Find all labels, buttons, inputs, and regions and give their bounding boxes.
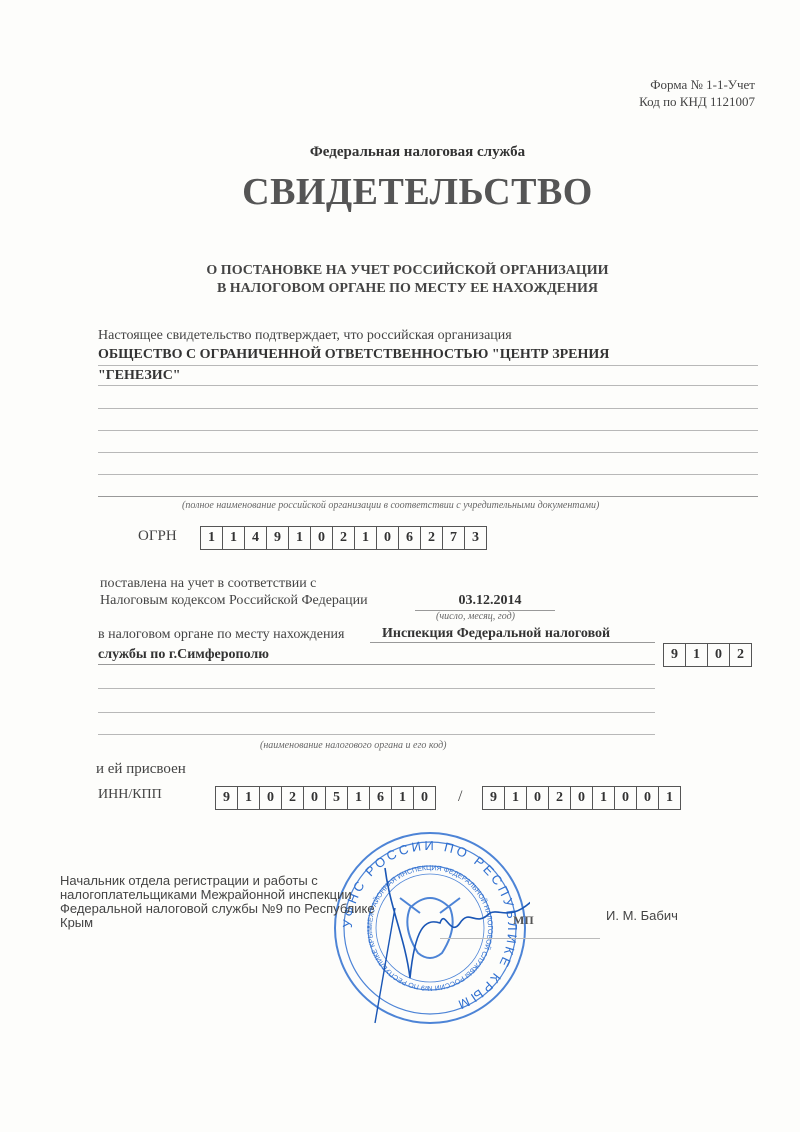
inn-kpp-separator: / [458,788,462,806]
digit-box: 2 [421,527,443,549]
kpp-boxes: 910201001 [482,786,681,810]
ogrn-boxes: 1149102106273 [200,526,487,550]
org-name-caption: (полное наименование российской организа… [182,500,599,511]
document-subtitle: О ПОСТАНОВКЕ НА УЧЕТ РОССИЙСКОЙ ОРГАНИЗА… [0,262,800,298]
authority-code-boxes: 9102 [663,643,752,667]
authority-name-line2: службы по г.Симферополю [98,647,269,663]
form-header: Форма № 1-1-Учет Код по КНД 1121007 [639,76,755,110]
digit-box: 2 [549,787,571,809]
agency-name: Федеральная налоговая служба [0,144,800,161]
field-line [98,474,758,475]
ogrn-label: ОГРН [138,528,177,545]
svg-text:МЕЖРАЙОННАЯ ИНСПЕКЦИЯ ФЕДЕРАЛЬ: МЕЖРАЙОННАЯ ИНСПЕКЦИЯ ФЕДЕРАЛЬНОЙ НАЛОГО… [367,865,493,991]
digit-box: 1 [201,527,223,549]
digit-box: 0 [414,787,435,809]
digit-box: 1 [355,527,377,549]
digit-box: 2 [282,787,304,809]
authority-prefix: в налоговом органе по месту нахождения [98,627,344,643]
digit-box: 6 [370,787,392,809]
digit-box: 9 [267,527,289,549]
digit-box: 1 [593,787,615,809]
signer-position: Начальник отдела регистрации и работы с … [60,874,375,930]
field-line [98,430,758,431]
digit-box: 0 [377,527,399,549]
registration-line2: Налоговым кодексом Российской Федерации [100,593,368,609]
digit-box: 1 [659,787,680,809]
digit-box: 0 [571,787,593,809]
field-line [98,712,655,713]
field-line [98,496,758,497]
digit-box: 0 [311,527,333,549]
assigned-label: и ей присвоен [96,761,186,778]
knd-code: Код по КНД 1121007 [639,93,755,110]
date-caption: (число, месяц, год) [436,611,515,622]
digit-box: 6 [399,527,421,549]
field-line [98,734,655,735]
digit-box: 1 [223,527,245,549]
authority-name-line1: Инспекция Федеральной налоговой [382,626,610,642]
digit-box: 9 [483,787,505,809]
digit-box: 7 [443,527,465,549]
digit-box: 1 [238,787,260,809]
digit-box: 0 [615,787,637,809]
inn-boxes: 9102051610 [215,786,436,810]
authority-line [98,664,655,665]
digit-box: 3 [465,527,486,549]
digit-box: 1 [505,787,527,809]
digit-box: 1 [686,644,708,666]
registration-line1: поставлена на учет в соответствии с [100,576,316,592]
digit-box: 4 [245,527,267,549]
field-line [98,365,758,366]
document-title: СВИДЕТЕЛЬСТВО [0,170,800,214]
field-line [98,408,758,409]
digit-box: 2 [730,644,751,666]
field-line [98,688,655,689]
registration-date: 03.12.2014 [440,593,540,609]
form-number: Форма № 1-1-Учет [639,76,755,93]
intro-text: Настоящее свидетельство подтверждает, чт… [98,328,512,344]
authority-caption: (наименование налогового органа и его ко… [260,740,446,751]
signer-name: И. М. Бабич [606,908,678,923]
digit-box: 9 [664,644,686,666]
inn-kpp-label: ИНН/КПП [98,787,162,803]
digit-box: 2 [333,527,355,549]
digit-box: 5 [326,787,348,809]
digit-box: 1 [392,787,414,809]
digit-box: 1 [348,787,370,809]
field-line [98,385,758,386]
digit-box: 0 [637,787,659,809]
digit-box: 9 [216,787,238,809]
authority-line [370,642,655,643]
digit-box: 0 [527,787,549,809]
stamp-mark: МП [513,913,534,928]
digit-box: 0 [304,787,326,809]
digit-box: 0 [260,787,282,809]
signature-line [440,938,600,939]
digit-box: 1 [289,527,311,549]
digit-box: 0 [708,644,730,666]
field-line [98,452,758,453]
